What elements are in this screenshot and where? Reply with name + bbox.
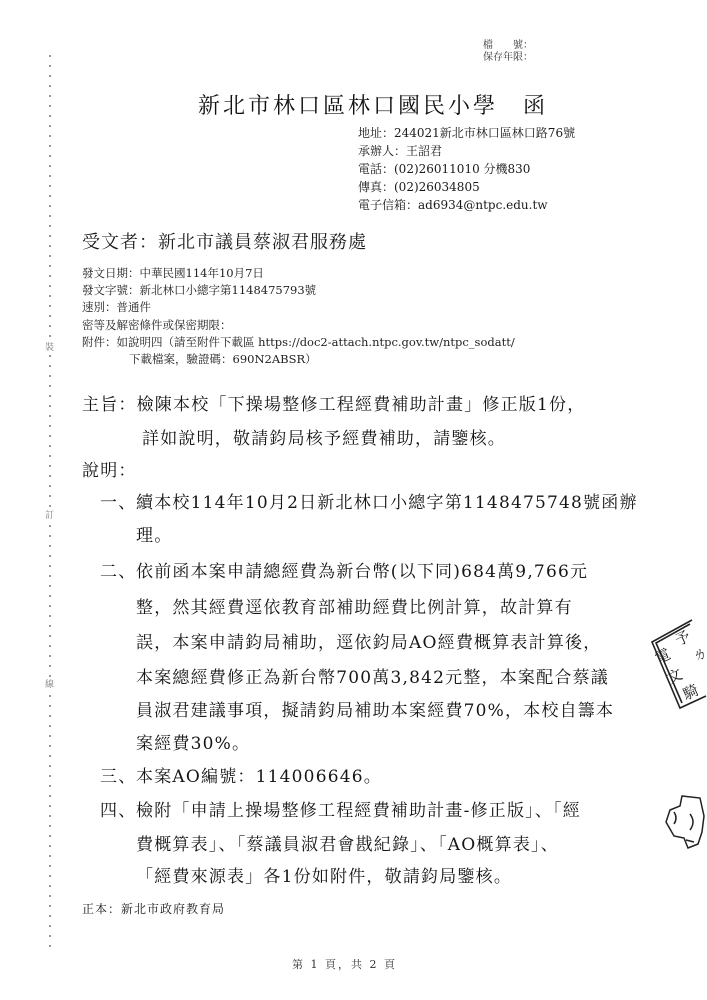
binding-mark-xian: 線	[45, 679, 54, 692]
item-4-line-2: 費概算表」、「蔡議員淑君會戡紀錄」、「AO概算表」、	[136, 830, 559, 855]
item-3-line-1: 本案AO編號：114006646。	[136, 762, 382, 787]
delivery-speed: 速別：普通件	[82, 299, 515, 316]
item-2-line-5: 員淑君建議事項，擬請鈞局補助本案經費70%，本校自籌本	[136, 696, 614, 721]
seal-stamp-icon: 予 ㄌ 電 文 騎	[640, 612, 707, 712]
attachment-info[interactable]: 附件：如說明四（請至附件下載區 https://doc2-attach.ntpc…	[82, 334, 515, 351]
item-2-line-1: 依前函本案申請總經費為新台幣(以下同)684萬9,766元	[136, 557, 588, 582]
item-2-line-6: 案經費30%。	[136, 729, 250, 754]
item-4-line-1: 檢附「申請上操場整修工程經費補助計畫-修正版」、「經	[136, 796, 581, 821]
svg-text:ㄌ: ㄌ	[689, 643, 707, 666]
classification: 密等及解密條件或保密期限：	[82, 317, 515, 334]
retention-label: 保存年限：	[483, 52, 533, 64]
item-1-line-1: 續本校114年10月2日新北林口小總字第1148475748號函辦	[136, 488, 638, 513]
item-1-line-2: 理。	[136, 521, 172, 546]
sender-info: 地址：244021新北市林口區林口路76號 承辦人：王詔君 電話：(02)260…	[358, 124, 575, 214]
svg-text:騎: 騎	[679, 681, 701, 704]
item-2-line-4: 本案總經費修正為新台幣700萬3,842元整，本案配合蔡議	[136, 663, 609, 688]
sender-fax: 傳真：(02)26034805	[358, 178, 575, 196]
document-meta: 發文日期：中華民國114年10月7日 發文字號：新北林口小總字第11484757…	[82, 265, 515, 368]
partial-seal-icon	[660, 792, 707, 852]
item-2-line-3: 誤，本案申請鈞局補助，逕依鈞局AO經費概算表計算後，	[136, 628, 601, 653]
sender-address: 地址：244021新北市林口區林口路76號	[358, 124, 575, 142]
subject-line-1: 主旨：檢陳本校「下操場整修工程經費補助計畫」修正版1份，	[82, 390, 585, 415]
attachment-verification: 下載檔案，驗證碼：690N2ABSR）	[82, 351, 515, 368]
binding-mark-zhuang: 裝	[45, 342, 54, 355]
svg-text:予: 予	[672, 627, 693, 650]
binding-mark-ding: 訂	[45, 510, 54, 523]
item-1-marker: 一、	[100, 488, 136, 513]
item-2-line-2: 整，然其經費逕依教育部補助經費比例計算，故計算有	[136, 593, 573, 618]
sender-phone: 電話：(02)26011010 分機830	[358, 160, 575, 178]
item-3-marker: 三、	[100, 762, 136, 787]
item-2-marker: 二、	[100, 557, 136, 582]
recipient: 受文者：新北市議員蔡淑君服務處	[82, 228, 367, 254]
subject-line-2: 詳如說明，敬請鈞局核予經費補助，請鑒核。	[142, 424, 506, 449]
file-number-label: 檔 號：	[483, 40, 533, 52]
document-title: 新北市林口區林口國民小學 函	[198, 89, 548, 120]
sender-email[interactable]: 電子信箱：ad6934@ntpc.edu.tw	[358, 196, 575, 214]
binding-dotted-line	[49, 55, 51, 952]
item-4-marker: 四、	[100, 796, 136, 821]
document-number: 發文字號：新北林口小總字第1148475793號	[82, 282, 515, 299]
sender-handler: 承辦人：王詔君	[358, 142, 575, 160]
item-4-line-3: 「經費來源表」各1份如附件，敬請鈞局鑒核。	[136, 862, 512, 887]
issue-date: 發文日期：中華民國114年10月7日	[82, 265, 515, 282]
archive-info: 檔 號： 保存年限：	[483, 40, 533, 64]
copy-to: 正本：新北市政府教育局	[82, 900, 225, 917]
page-number: 第 1 頁，共 2 頁	[292, 956, 397, 972]
explanation-heading: 說明：	[82, 456, 137, 481]
